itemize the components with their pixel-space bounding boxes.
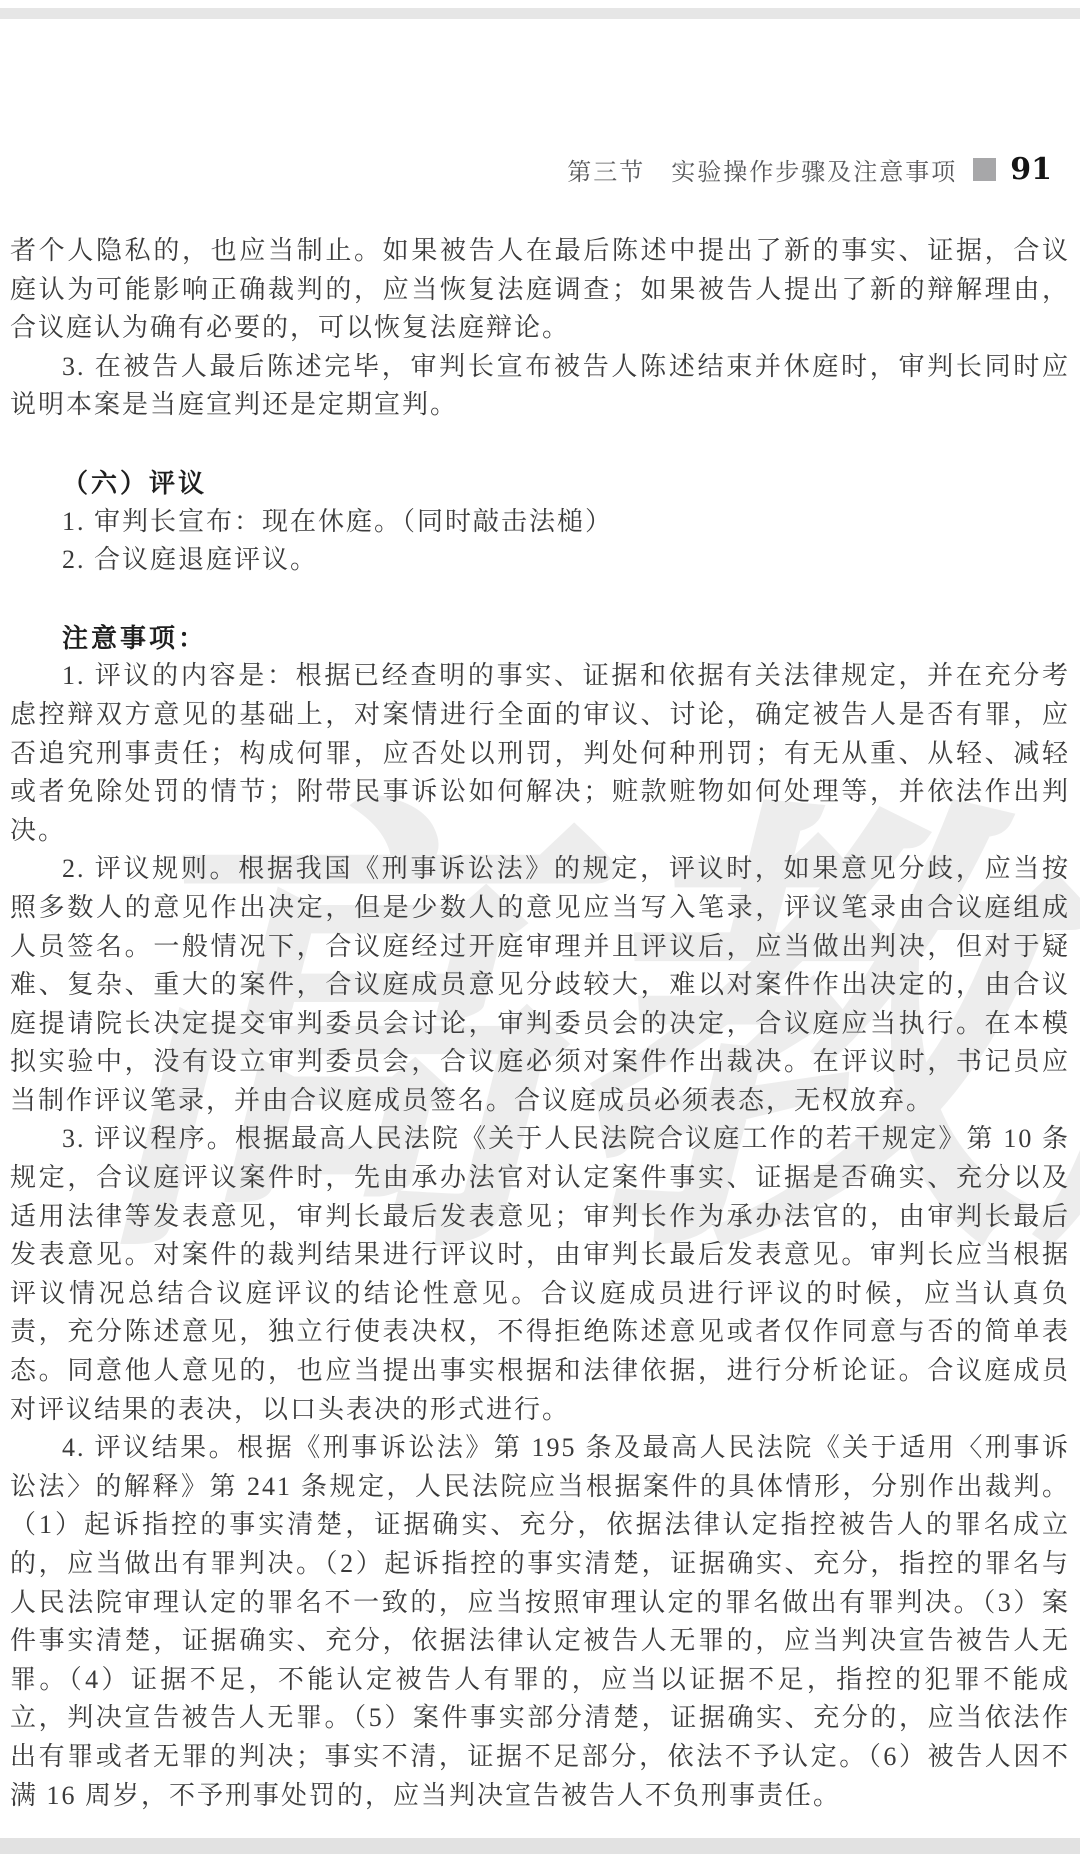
note-paragraph-1: 1. 评议的内容是：根据已经查明的事实、证据和依据有关法律规定，并在充分考虑控辩… (10, 657, 1070, 850)
section-heading-pingyi: （六）评议 (10, 464, 1070, 503)
book-page: 高教版 第三节 实验操作步骤及注意事项 91 者个人隐私的，也应当制止。如果被告… (0, 0, 1080, 1854)
note-paragraph-3: 3. 评议程序。根据最高人民法院《关于人民法院合议庭工作的若干规定》第 10 条… (10, 1120, 1070, 1429)
pingyi-item-1: 1. 审判长宣布：现在休庭。（同时敲击法槌） (10, 503, 1070, 542)
top-scan-band (0, 8, 1080, 19)
paragraph-step-3: 3. 在被告人最后陈述完毕，审判长宣布被告人陈述结束并休庭时，审判长同时应说明本… (10, 348, 1070, 425)
header-page-number: 91 (1010, 152, 1052, 187)
header-section-label: 第三节 (567, 152, 645, 187)
page-body-text: 者个人隐私的，也应当制止。如果被告人在最后陈述中提出了新的事实、证据，合议庭认为… (10, 232, 1070, 1815)
header-section-title: 实验操作步骤及注意事项 (671, 152, 957, 187)
header-square-marker-icon (973, 158, 996, 181)
note-paragraph-4: 4. 评议结果。根据《刑事诉讼法》第 195 条及最高人民法院《关于适用〈刑事诉… (10, 1429, 1070, 1815)
paragraph-continuation: 者个人隐私的，也应当制止。如果被告人在最后陈述中提出了新的事实、证据，合议庭认为… (10, 232, 1070, 348)
page-header: 第三节 实验操作步骤及注意事项 91 (567, 152, 1052, 187)
note-paragraph-2: 2. 评议规则。根据我国《刑事诉讼法》的规定，评议时，如果意见分歧，应当按照多数… (10, 850, 1070, 1120)
bottom-scan-band (0, 1838, 1080, 1854)
pingyi-item-2: 2. 合议庭退庭评议。 (10, 541, 1070, 580)
section-heading-notes: 注意事项： (10, 619, 1070, 658)
